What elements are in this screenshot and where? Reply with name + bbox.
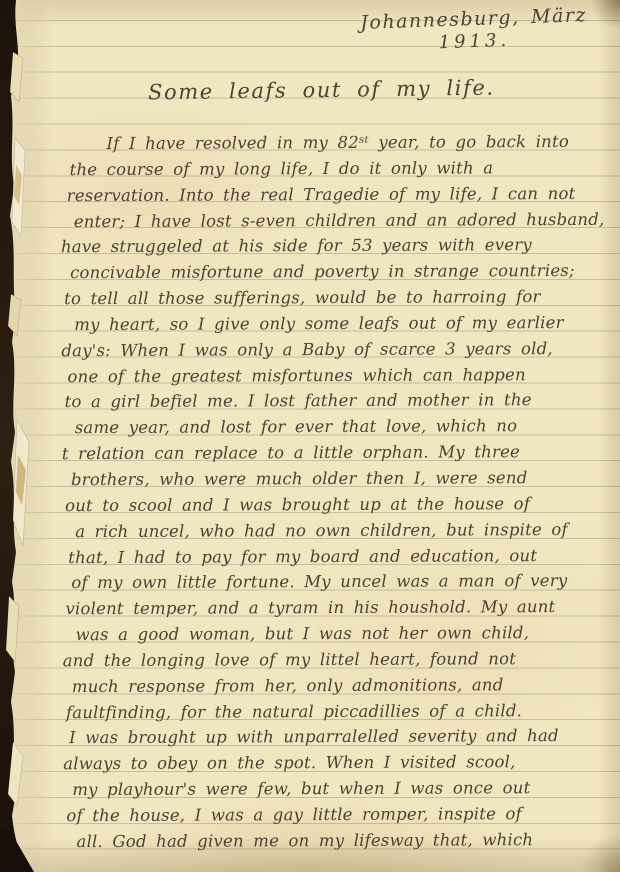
manuscript-line: always to obey on the spot. When I visit… bbox=[63, 749, 611, 777]
manuscript-line: to a girl befiel me. I lost father and m… bbox=[62, 387, 610, 415]
manuscript-line: and the longing love of my littel heart,… bbox=[63, 646, 611, 674]
manuscript-line: of the house, I was a gay little romper,… bbox=[63, 801, 611, 829]
manuscript-line: the course of my long life, I do it only… bbox=[61, 155, 609, 183]
manuscript-line: out to scool and I was brought up at the… bbox=[62, 491, 610, 519]
manuscript-line: much response from her, only admonitions… bbox=[63, 672, 611, 700]
manuscript-line: I was brought up with unparralelled seve… bbox=[63, 723, 611, 751]
dateline: Johannesburg, März 1913. bbox=[351, 4, 596, 56]
manuscript-line: all. God had given me on my lifesway tha… bbox=[63, 827, 611, 855]
manuscript-line: faultfinding, for the natural piccadilli… bbox=[63, 697, 611, 725]
page-title: Some leafs out of my life. bbox=[148, 76, 495, 105]
manuscript-line: violent temper, and a tyram in his housh… bbox=[62, 594, 610, 622]
manuscript-line: that, I had to pay for my board and educ… bbox=[62, 542, 610, 570]
manuscript-line: day's: When I was only a Baby of scarce … bbox=[61, 336, 609, 364]
manuscript-page: Johannesburg, März 1913. Some leafs out … bbox=[0, 0, 620, 872]
manuscript-line: concivable misfortune and poverty in str… bbox=[61, 258, 609, 286]
manuscript-line: my playhour's were few, but when I was o… bbox=[63, 775, 611, 803]
torn-binding-edge-graphic bbox=[0, 0, 36, 872]
manuscript-line: reservation. Into the real Tragedie of m… bbox=[61, 180, 609, 208]
manuscript-line: to tell all those sufferings, would be t… bbox=[61, 284, 609, 312]
manuscript-line: If I have resolved in my 82ˢᵗ year, to g… bbox=[60, 129, 608, 157]
manuscript-line: same year, and lost for ever that love, … bbox=[62, 413, 610, 441]
manuscript-line: my heart, so I give only some leafs out … bbox=[61, 310, 609, 338]
manuscript-line: have struggeled at his side for 53 years… bbox=[61, 232, 609, 260]
manuscript-line: was a good woman, but I was not her own … bbox=[63, 620, 611, 648]
manuscript-line: enter; I have lost s-even children and a… bbox=[61, 206, 609, 234]
manuscript-line: one of the greatest misfortunes which ca… bbox=[61, 361, 609, 389]
manuscript-line: t relation can replace to a little orpha… bbox=[62, 439, 610, 467]
manuscript-body: If I have resolved in my 82ˢᵗ year, to g… bbox=[60, 129, 611, 855]
manuscript-line: brothers, who were much older then I, we… bbox=[62, 465, 610, 493]
manuscript-line: a rich uncel, who had no own children, b… bbox=[62, 516, 610, 544]
manuscript-line: of my own little fortune. My uncel was a… bbox=[62, 568, 610, 596]
